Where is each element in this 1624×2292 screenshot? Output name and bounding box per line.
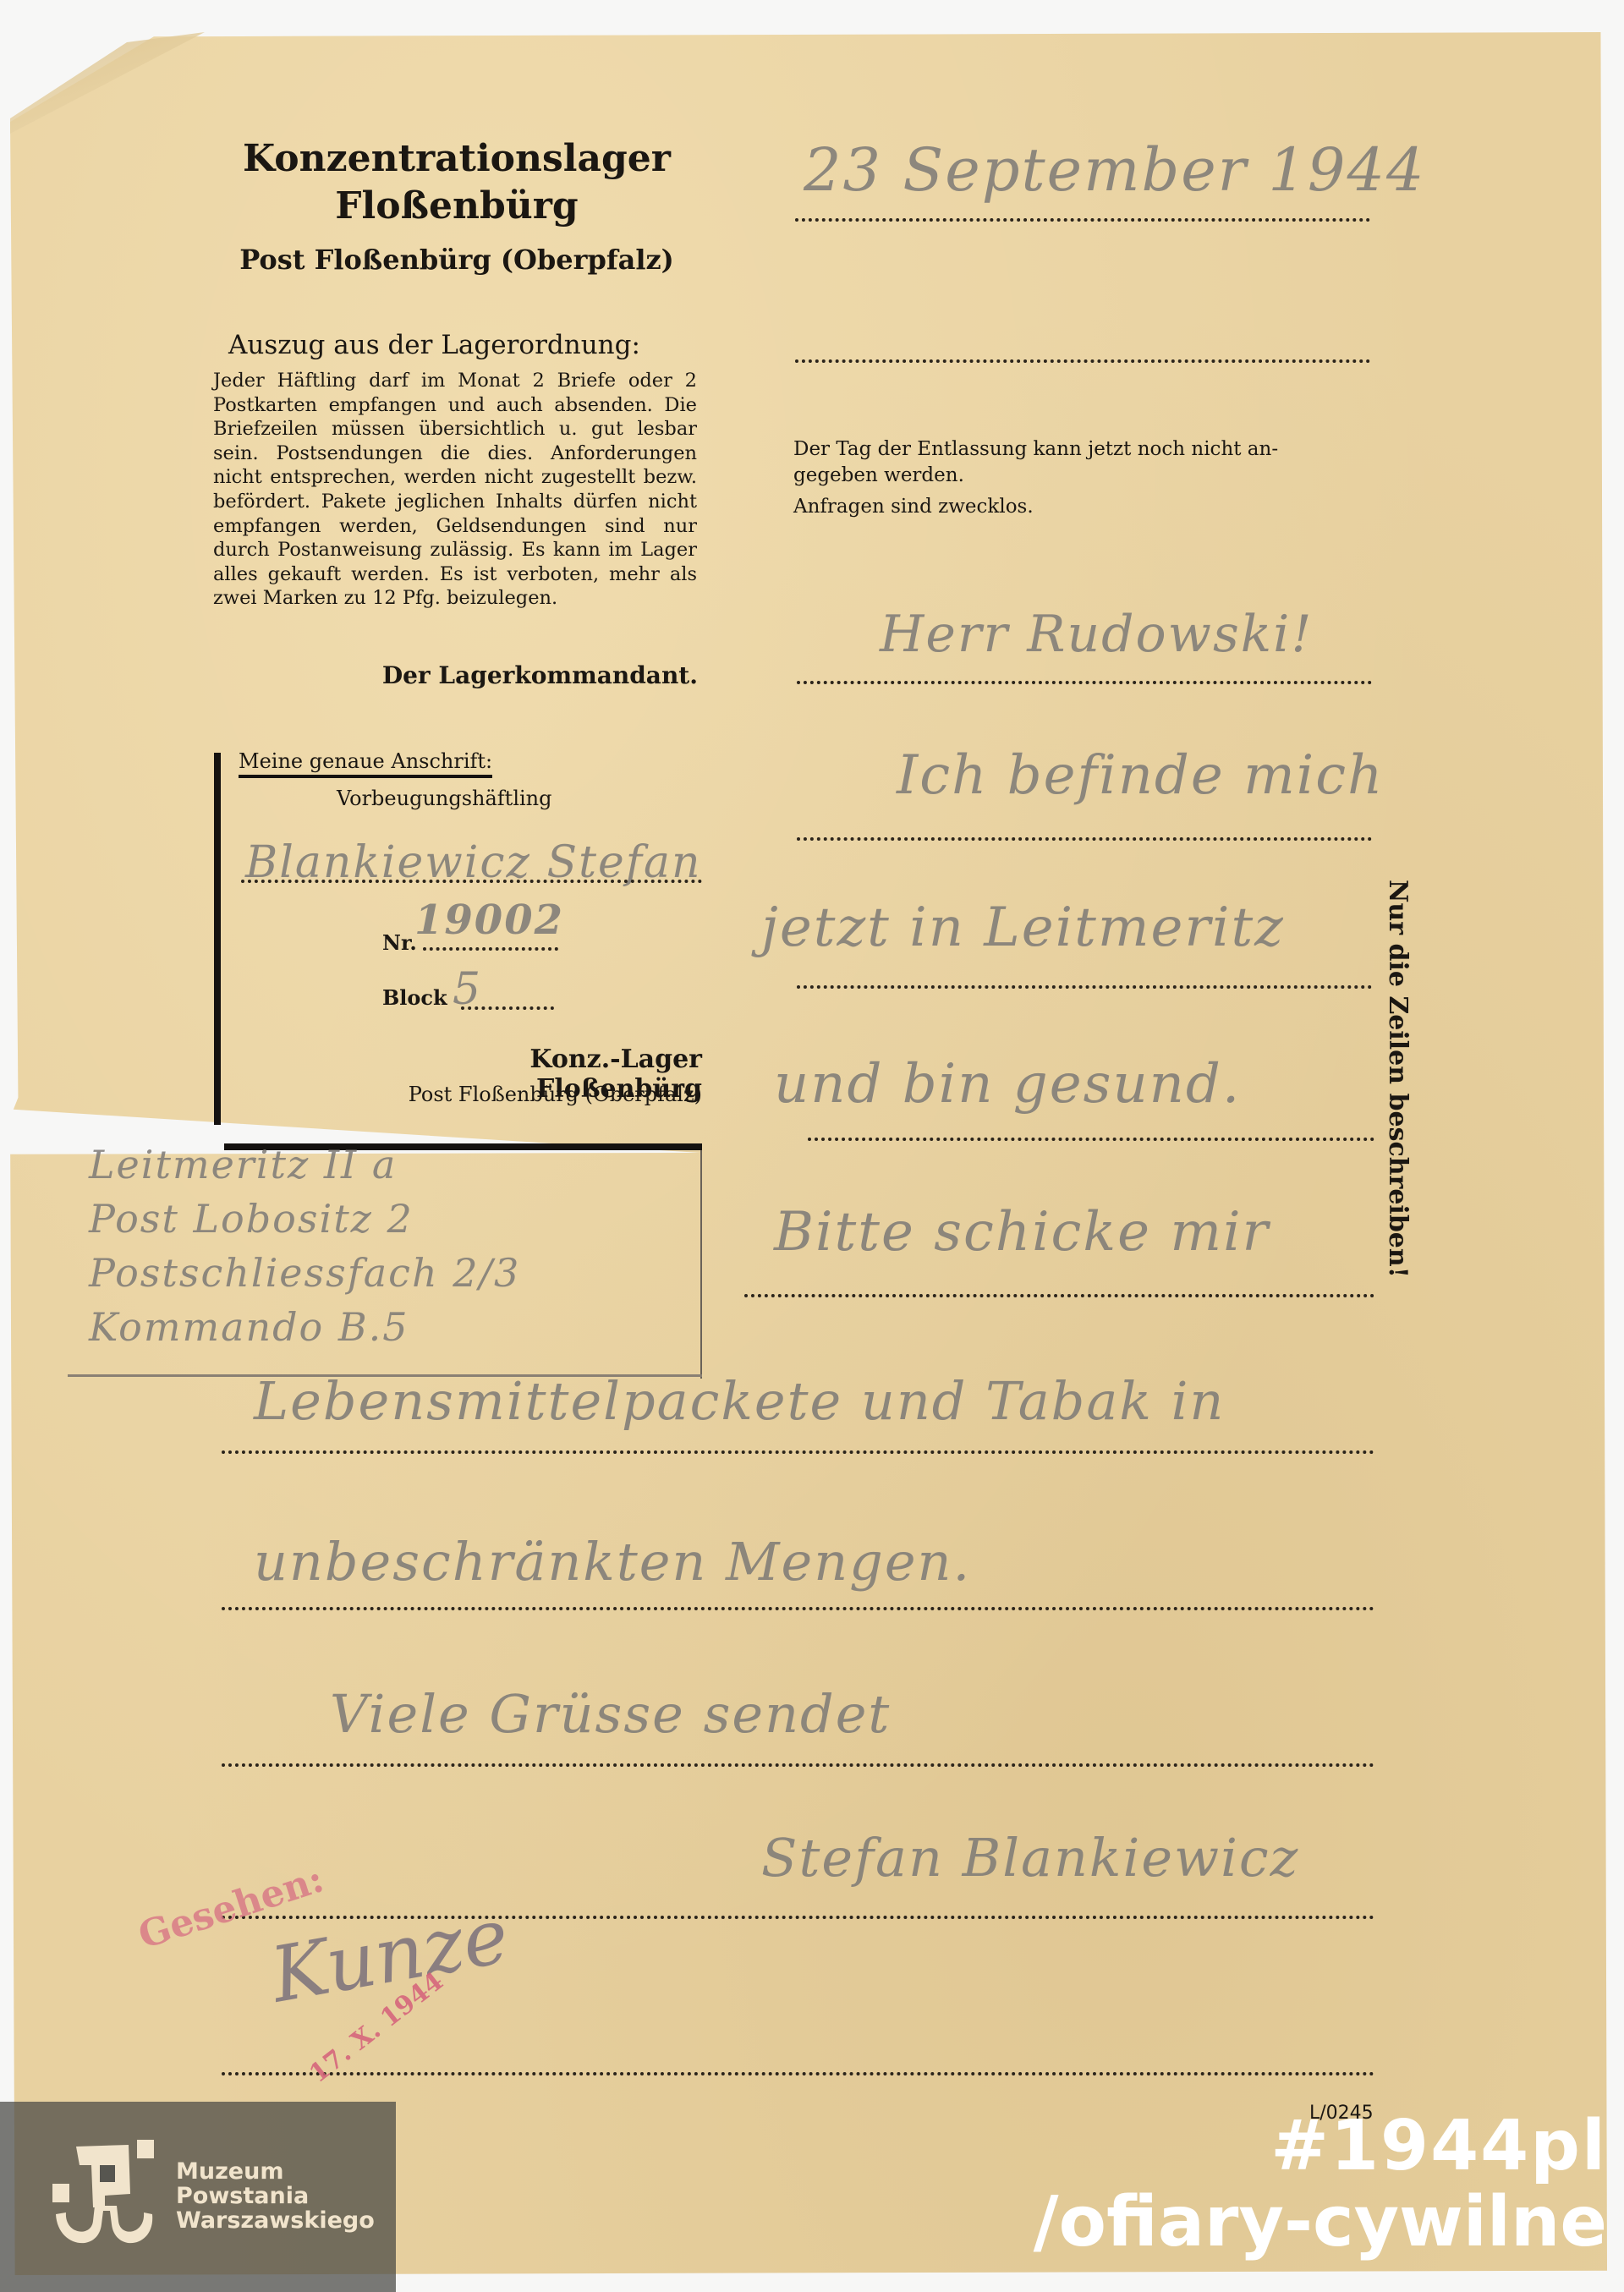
address-heading: Meine genaue Anschrift: bbox=[239, 749, 492, 778]
letter-line: Lebensmittelpackete und Tabak in bbox=[254, 1370, 1225, 1432]
letter-line: Herr Rudowski! bbox=[880, 605, 1313, 664]
address-camp-post: Post Floßenbürg (Oberpfalz) bbox=[347, 1083, 702, 1106]
rules-body: Jeder Häftling darf im Monat 2 Briefe od… bbox=[213, 369, 697, 611]
subaddress-line: Kommando B.5 bbox=[89, 1300, 520, 1354]
prisoner-number-field: 19002 bbox=[414, 897, 564, 944]
letter-dotted-line bbox=[797, 681, 1372, 684]
release-notice-line1: Der Tag der Entlassung kann jetzt noch n… bbox=[793, 436, 1385, 463]
letter-line: Bitte schicke mir bbox=[774, 1201, 1270, 1264]
prisoner-category: Vorbeugungshäftling bbox=[337, 787, 552, 810]
museum-name-line1: Muzeum bbox=[176, 2159, 375, 2184]
watermark-category: /ofiary-cywilne bbox=[1034, 2182, 1607, 2262]
rules-title: Auszug aus der Lagerordnung: bbox=[228, 330, 702, 360]
letter-dotted-line bbox=[222, 2072, 1374, 2075]
release-notice-line2: gegeben werden. bbox=[793, 463, 1385, 489]
kotwica-anchor-icon bbox=[52, 2140, 154, 2250]
subaddress-handwritten: Leitmeritz II a Post Lobositz 2 Postschl… bbox=[89, 1138, 520, 1354]
camp-name-heading: Konzentrationslager Floßenbürg bbox=[211, 135, 702, 230]
letter-dotted-line bbox=[222, 1450, 1374, 1454]
camp-name-line1: Konzentrationslager bbox=[211, 135, 702, 183]
museum-name: Muzeum Powstania Warszawskiego bbox=[176, 2159, 375, 2233]
letter-dotted-line bbox=[222, 1607, 1374, 1610]
letter-line: Ich befinde mich bbox=[897, 744, 1384, 807]
museum-name-line2: Powstania bbox=[176, 2184, 375, 2208]
subaddress-line: Leitmeritz II a bbox=[89, 1138, 520, 1192]
date-dotted-line bbox=[795, 218, 1370, 222]
letter-line: unbeschränkten Mengen. bbox=[254, 1531, 971, 1593]
block-dotted-line bbox=[461, 1006, 554, 1010]
camp-postal-address: Post Floßenbürg (Oberpfalz) bbox=[211, 244, 702, 276]
number-dotted-line bbox=[423, 947, 558, 951]
name-dotted-line bbox=[241, 880, 702, 883]
letter-dotted-line bbox=[797, 837, 1372, 841]
letter-dotted-line bbox=[797, 985, 1372, 989]
block-label: Block bbox=[382, 985, 447, 1010]
release-notice: Der Tag der Entlassung kann jetzt noch n… bbox=[793, 436, 1385, 520]
subaddress-line: Post Lobositz 2 bbox=[89, 1192, 520, 1246]
museum-name-line3: Warszawskiego bbox=[176, 2208, 375, 2233]
letter-line: und bin gesund. bbox=[774, 1053, 1241, 1116]
watermark-hashtag: #1944pl bbox=[1270, 2106, 1607, 2186]
subaddress-line: Postschliessfach 2/3 bbox=[89, 1246, 520, 1300]
blank-dotted-line bbox=[795, 359, 1370, 363]
address-box-border bbox=[214, 753, 221, 1125]
number-label: Nr. bbox=[382, 930, 417, 955]
letter-date: 23 September 1944 bbox=[804, 135, 1426, 205]
rules-signature: Der Lagerkommandant. bbox=[211, 661, 698, 689]
inquiries-notice: Anfragen sind zwecklos. bbox=[793, 494, 1385, 520]
camp-name-line2: Floßenbürg bbox=[211, 183, 702, 230]
letter-line: jetzt in Leitmeritz bbox=[761, 897, 1285, 959]
letter-line: Viele Grüsse sendet bbox=[330, 1683, 891, 1745]
letter-dotted-line bbox=[808, 1138, 1374, 1141]
margin-instruction: Nur die Zeilen beschreiben! bbox=[1383, 880, 1413, 1336]
museum-logo-box: Muzeum Powstania Warszawskiego bbox=[0, 2102, 396, 2292]
letter-dotted-line bbox=[222, 1763, 1374, 1767]
sender-signature: Stefan Blankiewicz bbox=[761, 1827, 1299, 1889]
subaddress-box-right bbox=[700, 1150, 702, 1379]
letter-dotted-line bbox=[744, 1294, 1374, 1297]
